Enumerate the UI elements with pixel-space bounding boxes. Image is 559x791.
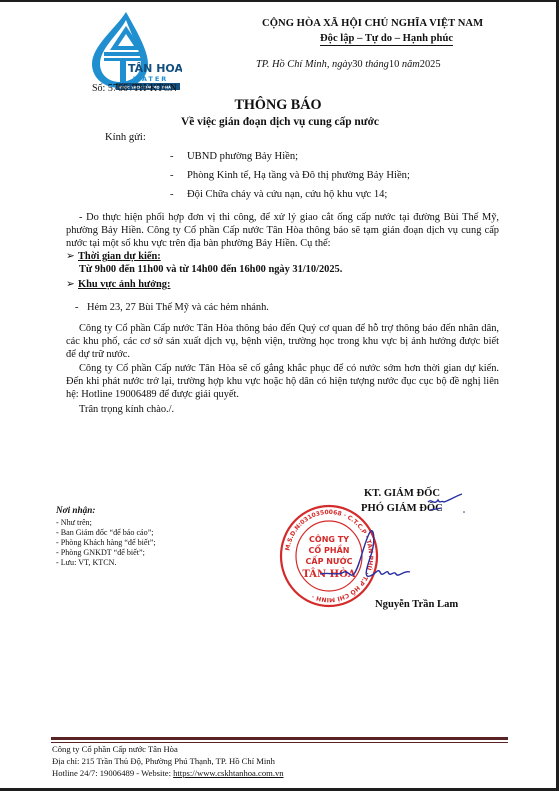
time-value: Từ 9h00 đến 11h00 và từ 14h00 đến 16h00 … (79, 264, 342, 275)
addressee-item: -Phòng Kinh tế, Hạ tầng và Đô thị phường… (170, 170, 410, 181)
footer-address: Địa chỉ: 215 Trần Thủ Độ, Phường Phú Thạ… (52, 756, 275, 768)
nation-heading: CỘNG HÒA XÃ HỘI CHỦ NGHĨA VIỆT NAM (262, 18, 483, 29)
svg-text:WATER: WATER (133, 75, 168, 83)
intro-paragraph: - Do thực hiện phối hợp đơn vị thi công,… (66, 211, 499, 251)
footer-company: Công ty Cổ phần Cấp nước Tân Hòa (52, 744, 178, 756)
document-number: Số: 5766 /TH-KTCN (92, 83, 177, 94)
body-paragraph-2: Công ty Cổ phần Cấp nước Tân Hòa sẽ cố g… (66, 362, 499, 402)
svg-text:TÂN HOA: TÂN HOA (128, 62, 182, 75)
addressee-item: -UBND phường Bảy Hiền; (170, 151, 298, 162)
recipient-item: - Như trên; (56, 518, 92, 528)
area-item: -Hẻm 23, 27 Bùi Thế Mỹ và các hẻm nhánh. (75, 302, 269, 313)
footer-contact: Hotline 24/7: 19006489 - Website: https:… (52, 768, 284, 780)
handwritten-signature (320, 522, 420, 592)
document-title: THÔNG BÁO (0, 97, 556, 114)
motto: Độc lập – Tự do – Hạnh phúc (320, 33, 453, 46)
signer-name: Nguyễn Trần Lam (375, 599, 458, 610)
recipients-title: Nơi nhận: (56, 505, 95, 515)
footer-rule (51, 737, 508, 740)
closing: Trân trọng kính chào./. (79, 403, 174, 416)
recipient-item: - Phòng Khách hàng “để biết”; (56, 538, 156, 548)
tanhoa-water-logo: TÂN HOA WATER NƯỚC SẠCH CỦA MỌI NHÀ (86, 10, 182, 92)
addressee-item: -Đội Chữa cháy và cứu nạn, cứu hộ khu vự… (170, 189, 387, 200)
recipient-item: - Phòng GNKDT “để biết”; (56, 548, 145, 558)
time-heading: ➢Thời gian dự kiến: (66, 250, 161, 262)
document-date: TP. Hồ Chí Minh, ngày30 tháng10 năm2025 (256, 59, 441, 70)
initials-mark (424, 492, 466, 522)
website-link[interactable]: https://www.cskhtanhoa.com.vn (173, 768, 283, 778)
recipient-item: - Ban Giám đốc “để báo cáo”; (56, 528, 154, 538)
body-paragraph-1: Công ty Cổ phần Cấp nước Tân Hòa thông b… (66, 322, 499, 362)
footer-rule-thin (51, 742, 508, 743)
addressee-label: Kính gửi: (105, 132, 146, 143)
area-heading: ➢Khu vực ảnh hưởng: (66, 278, 170, 290)
recipient-item: - Lưu: VT, KTCN. (56, 558, 117, 568)
document-subtitle: Về việc gián đoạn dịch vụ cung cấp nước (0, 116, 556, 128)
document-page: TÂN HOA WATER NƯỚC SẠCH CỦA MỌI NHÀ Số: … (0, 2, 556, 788)
